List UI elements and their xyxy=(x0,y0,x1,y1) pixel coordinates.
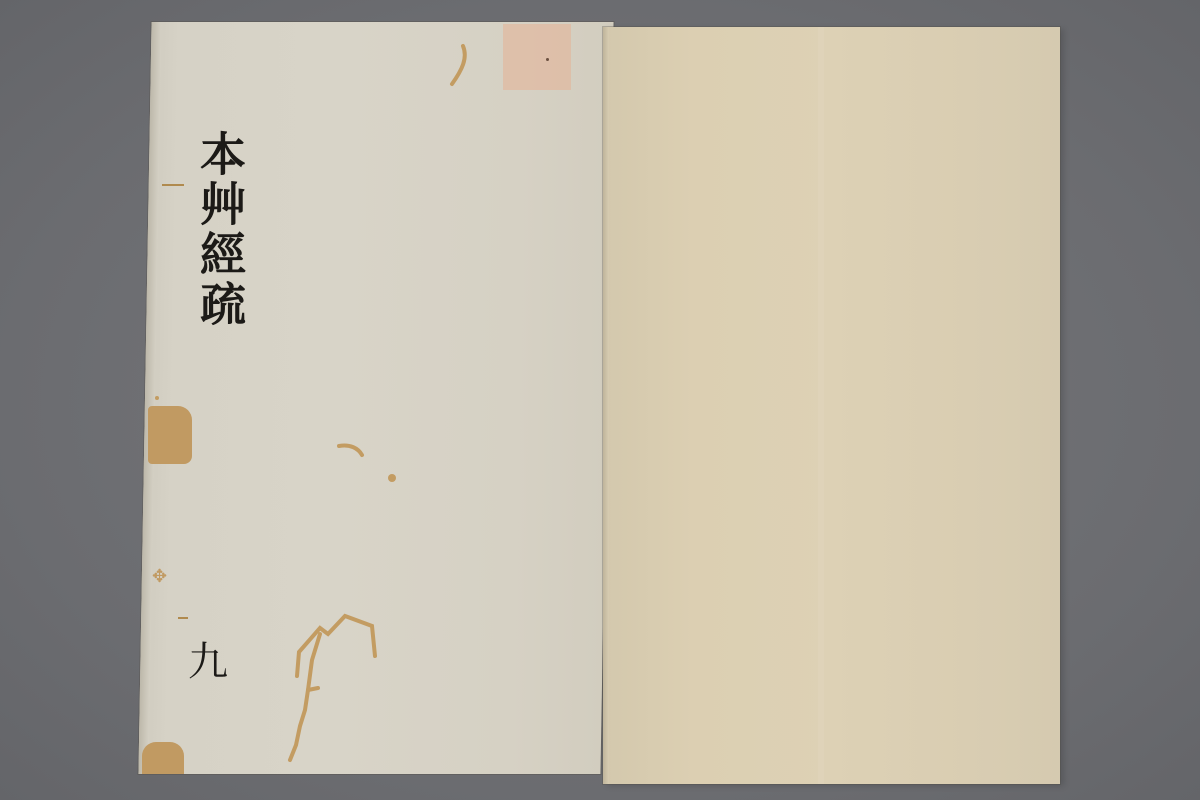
wormhole-trails xyxy=(0,0,1200,800)
